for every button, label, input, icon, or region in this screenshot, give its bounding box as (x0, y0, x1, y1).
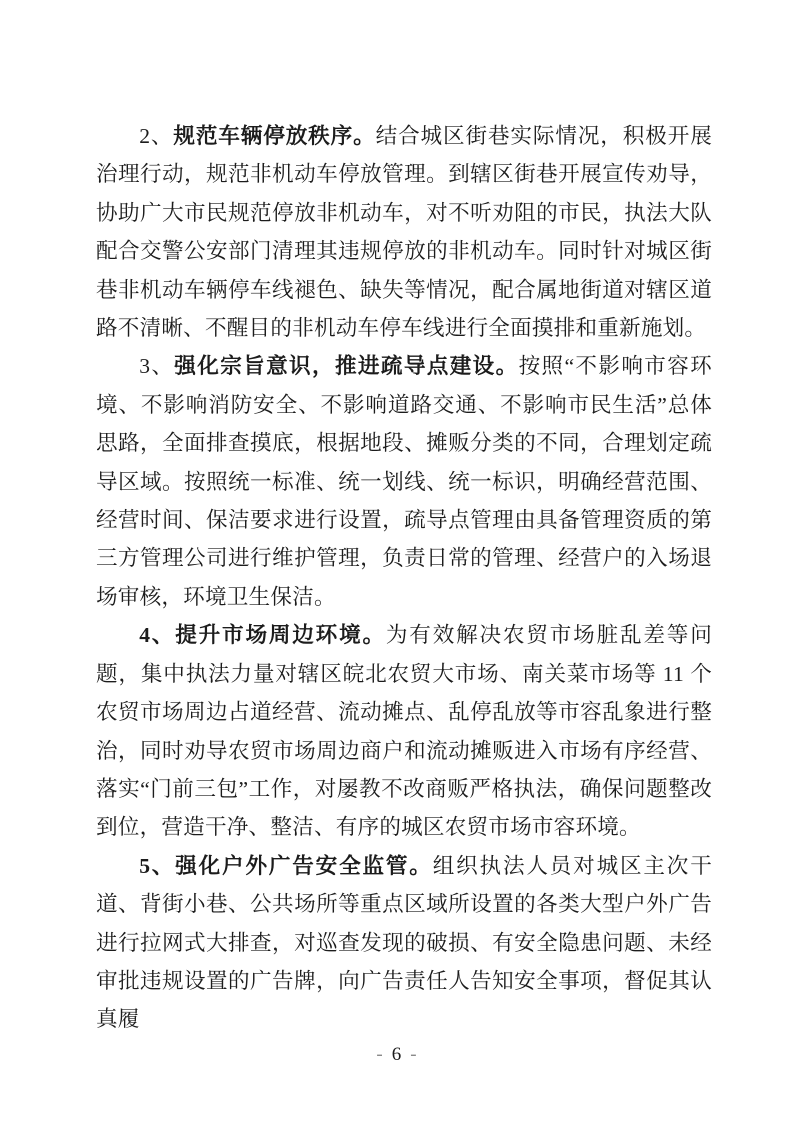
paragraph-4-heading: 提升市场周边环境。 (175, 623, 386, 647)
paragraph-2-body: 结合城区街巷实际情况，积极开展治理行动，规范非机动车停放管理。到辖区街巷开展宣传… (96, 124, 712, 340)
paragraph-3-number: 3、 (139, 354, 174, 378)
footer-left-dash: - (367, 1044, 391, 1065)
paragraph-4: 4、提升市场周边环境。为有效解决农贸市场脏乱差等问题，集中执法力量对辖区皖北农贸… (96, 616, 712, 846)
document-body: 2、规范车辆停放秩序。结合城区街巷实际情况，积极开展治理行动，规范非机动车停放管… (96, 117, 712, 1039)
paragraph-2: 2、规范车辆停放秩序。结合城区街巷实际情况，积极开展治理行动，规范非机动车停放管… (96, 117, 712, 347)
paragraph-5: 5、强化户外广告安全监管。组织执法人员对城区主次干道、背街小巷、公共场所等重点区… (96, 847, 712, 1039)
paragraph-5-heading: 强化户外广告安全监管。 (175, 854, 433, 878)
paragraph-4-body: 为有效解决农贸市场脏乱差等问题，集中执法力量对辖区皖北农贸大市场、南关菜市场等 … (96, 623, 712, 839)
footer-right-dash: - (401, 1044, 425, 1065)
paragraph-3-body: 按照“不影响市容环境、不影响消防安全、不影响道路交通、不影响市民生活”总体思路，… (96, 354, 712, 608)
paragraph-2-number: 2、 (139, 124, 173, 148)
paragraph-2-heading: 规范车辆停放秩序。 (173, 124, 375, 148)
paragraph-5-number: 5、 (139, 854, 175, 878)
document-page: 2、规范车辆停放秩序。结合城区街巷实际情况，积极开展治理行动，规范非机动车停放管… (0, 0, 793, 1122)
paragraph-3-heading: 强化宗旨意识，推进疏导点建设。 (174, 354, 518, 378)
page-footer: -6- (0, 1042, 793, 1068)
paragraph-5-body: 组织执法人员对城区主次干道、背街小巷、公共场所等重点区域所设置的各类大型户外广告… (96, 854, 712, 1032)
paragraph-3: 3、强化宗旨意识，推进疏导点建设。按照“不影响市容环境、不影响消防安全、不影响道… (96, 347, 712, 616)
paragraph-4-number: 4、 (139, 623, 175, 647)
page-number: 6 (392, 1044, 402, 1065)
